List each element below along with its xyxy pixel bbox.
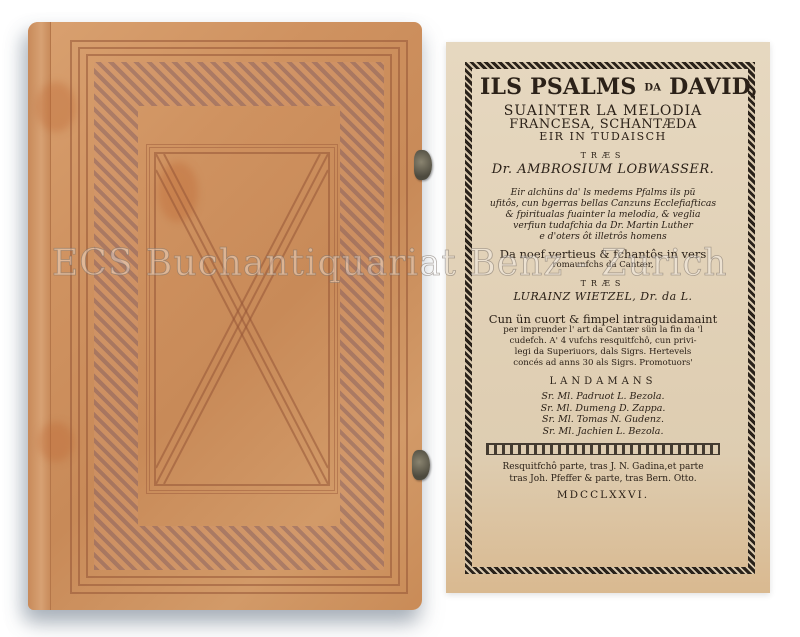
intro-line-1: Cun ün cuort & fimpel intraguidamaint [480, 313, 726, 325]
description-line: ufitôs, cun bgerras bellas Canzuns Eccle… [480, 198, 726, 209]
brass-clasp-icon [412, 450, 430, 480]
landaman-entry: Sr. Ml. Tomas N. Gudenz. [480, 414, 726, 426]
title-page: ILS PSALMS DA DAVID, SUAINTER LA MELODIA… [446, 42, 770, 593]
translation-line-2: romaunfchs da Cantær, [480, 260, 726, 271]
translation-line-1: Da noef vertieus & fchantôs in vers [480, 248, 726, 260]
landaman-entry: Sr. Ml. Jachien L. Bezola. [480, 426, 726, 438]
intro-line: cudefch. A' 4 vufchs resquitfchô, cun pr… [480, 336, 726, 347]
brass-clasp-icon [414, 150, 432, 180]
traes-label: TRÆS [480, 279, 726, 288]
editor-name: LURAINZ WIETZEL, Dr. da L. [480, 290, 726, 303]
landamans-list: Sr. Ml. Padruot L. Bezola. Sr. Ml. Dumen… [480, 391, 726, 437]
description-line: & fpiritualas fuainter la melodia, & veg… [480, 209, 726, 220]
book-cover [28, 22, 422, 610]
subtitle-line-1: SUAINTER LA MELODIA [480, 104, 726, 118]
title-end: DAVID, [669, 74, 758, 100]
intro-block: per imprender l' art da Cantær sün la fi… [480, 325, 726, 369]
description: Eir alchüns da' ls medems Pfalms ils pü … [480, 187, 726, 242]
ornament-rule [486, 443, 720, 455]
printer-line-2: tras Joh. Pfeffer & parte, tras Bern. Ot… [480, 473, 726, 485]
description-line: Eir alchüns da' ls medems Pfalms ils pü [480, 187, 726, 198]
title-da: DA [644, 83, 661, 94]
center-panel [154, 152, 330, 486]
saltire-lines-icon [156, 154, 328, 484]
intro-line: concés ad anns 30 als Sigrs. Promotuors' [480, 358, 726, 369]
subtitle-line-3: EIR IN TUDAISCH [480, 131, 726, 143]
author-name: Dr. AMBROSIUM LOBWASSER. [480, 162, 726, 177]
description-line: e d'oters ôt illetrôs homens [480, 231, 726, 242]
publication-year: MDCCLXXVI. [480, 489, 726, 501]
intro-line: per imprender l' art da Cantær sün la fi… [480, 325, 726, 336]
description-line: verfiun tudafchia da Dr. Martin Luther [480, 220, 726, 231]
title-page-text: ILS PSALMS DA DAVID, SUAINTER LA MELODIA… [480, 72, 726, 501]
landaman-entry: Sr. Ml. Padruot L. Bezola. [480, 391, 726, 403]
landamans-heading: LANDAMANS [480, 376, 726, 387]
book-title: ILS PSALMS DA DAVID, [480, 74, 726, 100]
traes-label: TRÆS [480, 151, 726, 160]
printer-line-1: Resquitfchô parte, tras J. N. Gadina,et … [480, 461, 726, 473]
title-main: ILS PSALMS [480, 74, 637, 100]
leather-stain [38, 422, 74, 462]
intro-line: legi da Superiuors, dals Sigrs. Hertevel… [480, 347, 726, 358]
landaman-entry: Sr. Ml. Dumeng D. Zappa. [480, 403, 726, 415]
